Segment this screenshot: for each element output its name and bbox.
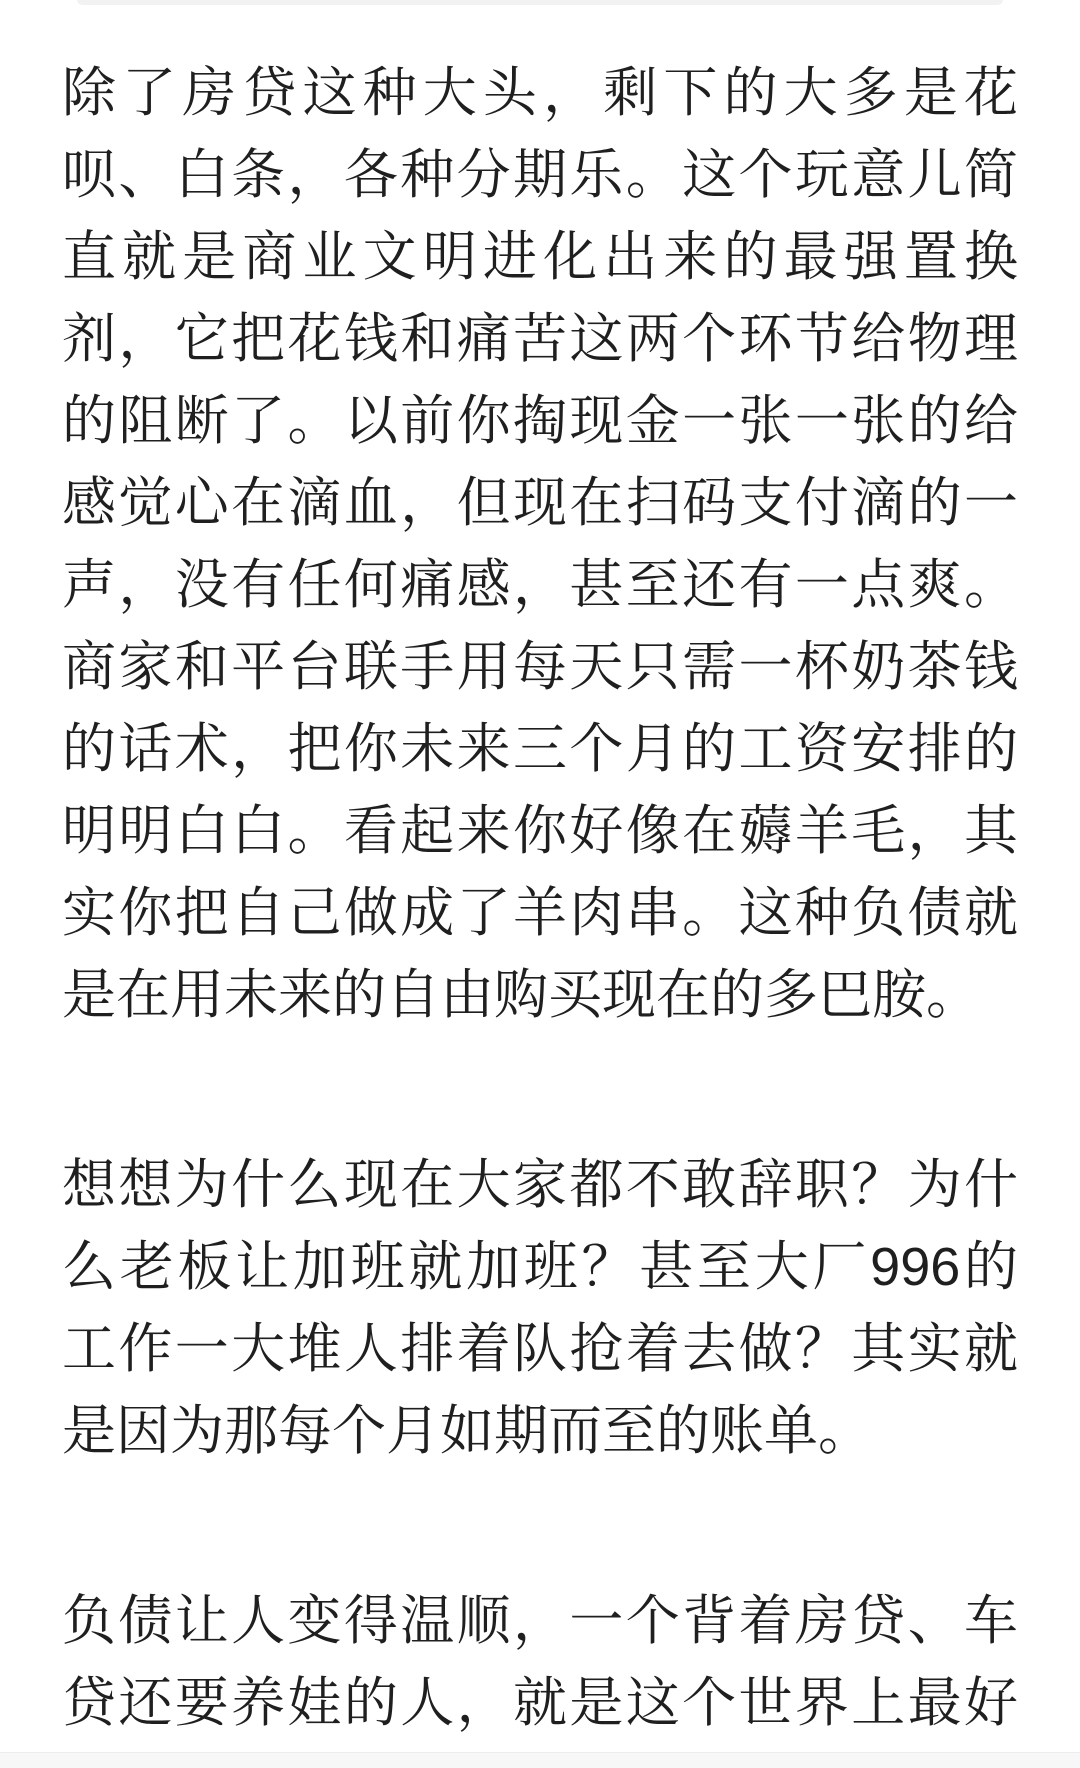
text-line: 的阻断了。以前你掏现金一张一张的给 <box>62 380 1018 462</box>
text-line: 是在用未来的自由购买现在的多巴胺。 <box>62 954 1018 1036</box>
page-background-below-card <box>0 1752 1080 1768</box>
text-line: 感觉心在滴血，但现在扫码支付滴的一 <box>62 462 1018 544</box>
text-line: 贷还要养娃的人，就是这个世界上最好 <box>62 1662 1018 1744</box>
article-scroll-area[interactable]: 除了房贷这种大头，剩下的大多是花 呗、白条，各种分期乐。这个玩意儿简 直就是商业… <box>0 0 1080 1753</box>
text-line: 实你把自己做成了羊肉串。这种负债就 <box>62 872 1018 954</box>
text-line: 直就是商业文明进化出来的最强置换 <box>62 216 1018 298</box>
text-line: 工作一大堆人排着队抢着去做？其实就 <box>62 1308 1018 1390</box>
text-line: 除了房贷这种大头，剩下的大多是花 <box>62 52 1018 134</box>
text-line: 的话术，把你未来三个月的工资安排的 <box>62 708 1018 790</box>
paragraph: 想想为什么现在大家都不敢辞职？为什 么老板让加班就加班？甚至大厂996的 工作一… <box>62 1144 1018 1472</box>
paragraph: 负债让人变得温顺，一个背着房贷、车 贷还要养娃的人，就是这个世界上最好 <box>62 1580 1018 1744</box>
text-line: 剂，它把花钱和痛苦这两个环节给物理 <box>62 298 1018 380</box>
text-line: 负债让人变得温顺，一个背着房贷、车 <box>62 1580 1018 1662</box>
text-line: 么老板让加班就加班？甚至大厂996的 <box>62 1226 1018 1308</box>
text-line: 声，没有任何痛感，甚至还有一点爽。 <box>62 544 1018 626</box>
paragraph: 除了房贷这种大头，剩下的大多是花 呗、白条，各种分期乐。这个玩意儿简 直就是商业… <box>62 52 1018 1036</box>
text-line: 明明白白。看起来你好像在薅羊毛，其 <box>62 790 1018 872</box>
text-line: 商家和平台联手用每天只需一杯奶茶钱 <box>62 626 1018 708</box>
text-line: 是因为那每个月如期而至的账单。 <box>62 1390 1018 1472</box>
text-line: 想想为什么现在大家都不敢辞职？为什 <box>62 1144 1018 1226</box>
text-line: 呗、白条，各种分期乐。这个玩意儿简 <box>62 134 1018 216</box>
